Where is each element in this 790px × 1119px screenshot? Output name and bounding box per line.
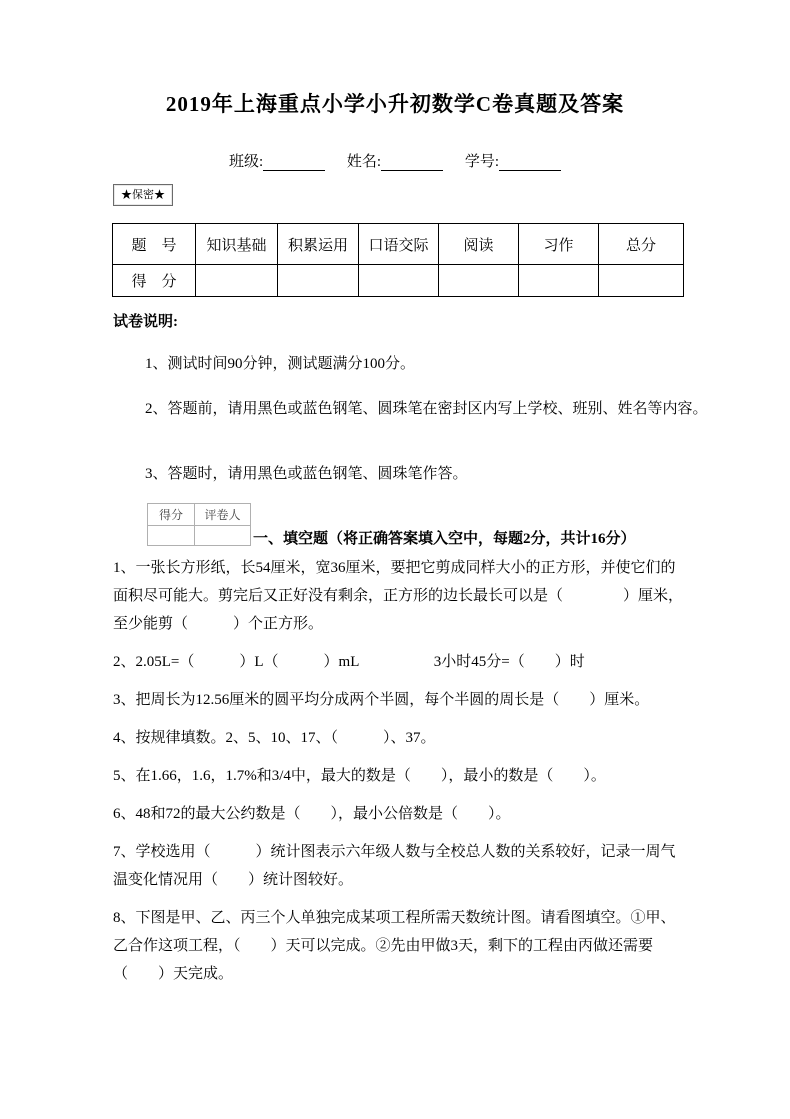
score-summary-table: 题 号 知识基础 积累运用 口语交际 阅读 习作 总分 得 分 [112, 223, 684, 297]
grading-box-value-row [148, 526, 251, 546]
grading-grader-label: 评卷人 [195, 504, 251, 526]
question-7: 7、学校选用（ ）统计图表示六年级人数与全校总人数的关系较好，记录一周气温变化情… [113, 838, 687, 894]
score-empty-cell [196, 265, 278, 297]
grading-box-table: 得分 评卷人 [147, 503, 251, 546]
class-label: 班级: [229, 154, 263, 170]
score-table-header-cell: 口语交际 [359, 224, 439, 265]
secret-badge: ★保密★ [113, 184, 173, 206]
score-empty-cell [599, 265, 684, 297]
score-table-header-cell: 知识基础 [196, 224, 278, 265]
grading-empty-cell [148, 526, 195, 546]
question-4: 4、按规律填数。2、5、10、17、（ ）、37。 [113, 724, 687, 752]
student-info-line: 班级: 姓名: 学号: [0, 150, 790, 171]
student-id-label: 学号: [465, 154, 499, 170]
score-table-header-cell: 积累运用 [278, 224, 359, 265]
score-empty-cell [439, 265, 519, 297]
question-8: 8、下图是甲、乙、丙三个人单独完成某项工程所需天数统计图。请看图填空。①甲、乙合… [113, 904, 687, 988]
score-table-value-row: 得 分 [113, 265, 684, 297]
section-1-heading: 一、填空题（将正确答案填入空中，每题2分，共计16分） [253, 527, 636, 548]
question-6: 6、48和72的最大公约数是（ ），最小公倍数是（ ）。 [113, 800, 687, 828]
exam-note-item: 1、测试时间90分钟，测试题满分100分。 [145, 352, 415, 373]
name-field: 姓名: [347, 154, 443, 170]
exam-page: 2019年上海重点小学小升初数学C卷真题及答案 班级: 姓名: 学号: ★保密★… [0, 0, 790, 1119]
name-label: 姓名: [347, 154, 381, 170]
question-list: 1、一张长方形纸，长54厘米，宽36厘米，要把它剪成同样大小的正方形，并使它们的… [113, 554, 687, 998]
score-empty-cell [519, 265, 599, 297]
grading-empty-cell [195, 526, 251, 546]
question-3: 3、把周长为12.56厘米的圆平均分成两个半圆，每个半圆的周长是（ ）厘米。 [113, 686, 687, 714]
exam-note-item: 3、答题时，请用黑色或蓝色钢笔、圆珠笔作答。 [145, 462, 468, 483]
student-id-blank-line [499, 156, 561, 171]
class-blank-line [263, 156, 325, 171]
question-1: 1、一张长方形纸，长54厘米，宽36厘米，要把它剪成同样大小的正方形，并使它们的… [113, 554, 687, 638]
class-field: 班级: [229, 154, 325, 170]
grading-score-label: 得分 [148, 504, 195, 526]
grading-box-header-row: 得分 评卷人 [148, 504, 251, 526]
score-table-header-cell: 习作 [519, 224, 599, 265]
score-table-header-cell: 总分 [599, 224, 684, 265]
score-table-header-cell: 题 号 [113, 224, 196, 265]
question-2: 2、2.05L=（ ）L（ ）mL 3小时45分=（ ）时 [113, 648, 687, 676]
student-id-field: 学号: [465, 154, 561, 170]
exam-notes-heading: 试卷说明: [113, 310, 178, 331]
score-empty-cell [359, 265, 439, 297]
question-5: 5、在1.66，1.6，1.7%和3/4中，最大的数是（ ），最小的数是（ ）。 [113, 762, 687, 790]
score-empty-cell [278, 265, 359, 297]
page-title: 2019年上海重点小学小升初数学C卷真题及答案 [0, 88, 790, 118]
score-table-header-row: 题 号 知识基础 积累运用 口语交际 阅读 习作 总分 [113, 224, 684, 265]
exam-note-item: 2、答题前，请用黑色或蓝色钢笔、圆珠笔在密封区内写上学校、班别、姓名等内容。 [145, 397, 708, 418]
name-blank-line [381, 156, 443, 171]
score-row-label: 得 分 [113, 265, 196, 297]
score-table-header-cell: 阅读 [439, 224, 519, 265]
